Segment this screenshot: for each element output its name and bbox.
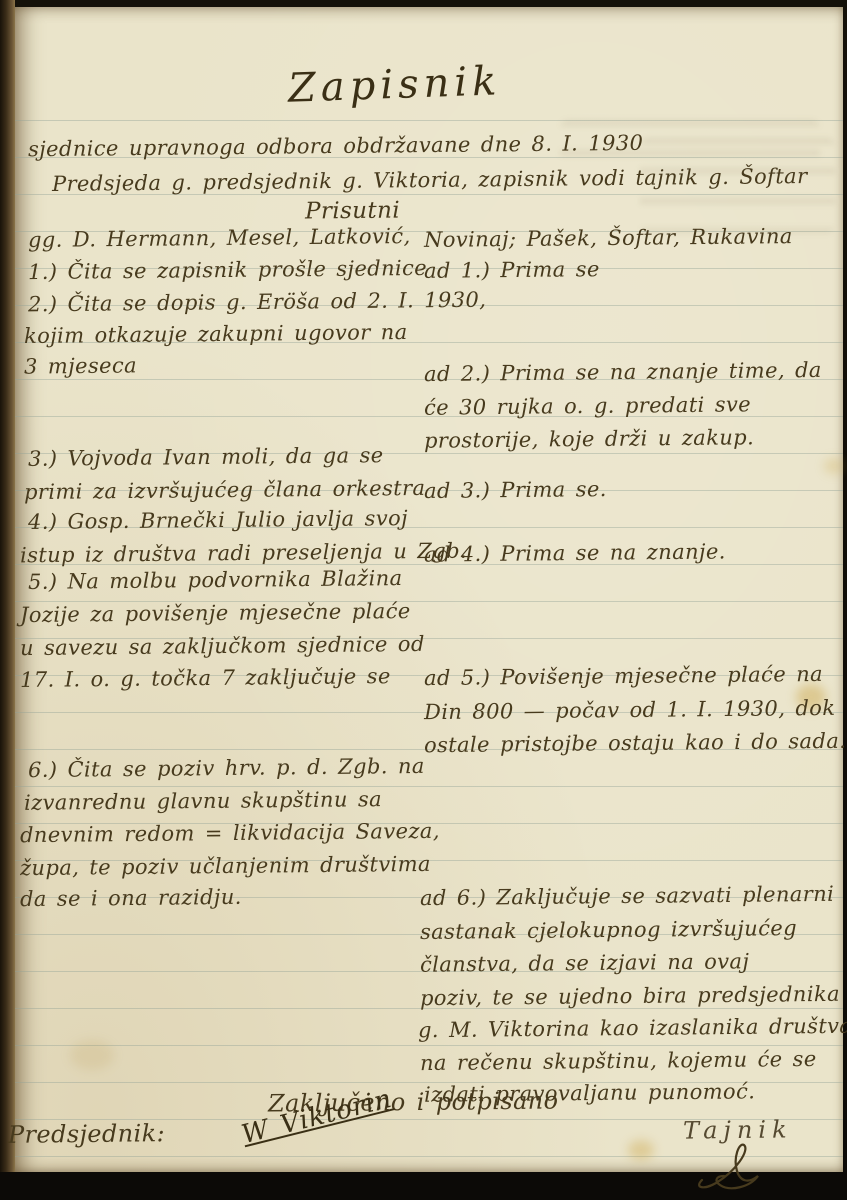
- item-6-left-line: župa, te poziv učlanjenim društvima: [20, 852, 431, 880]
- secretary-signature-flourish-icon: [692, 1140, 792, 1192]
- manuscript-page: Zapisnik sjednice upravnoga odbora obdrž…: [0, 0, 847, 1200]
- item-5-resolution: ostale pristojbe ostaju kao i do sada.: [424, 729, 846, 757]
- president-label: Predsjednik:: [8, 1119, 165, 1149]
- item-6-resolution: sastanak cjelokupnog izvršujućeg: [420, 916, 797, 944]
- item-4-left-line: istup iz društva radi preseljenja u Zgb.: [20, 539, 467, 568]
- item-3-left-line: primi za izvršujućeg člana orkestra: [24, 476, 426, 504]
- item-2-resolution: ad 2.) Prima se na znanje time, da: [424, 358, 822, 386]
- item-6-resolution: ad 6.) Zaključuje se sazvati plenarni: [420, 882, 834, 910]
- item-6-left-line: dnevnim redom = likvidacija Saveza,: [20, 819, 440, 847]
- item-6-resolution: poziv, te se ujedno bira predsjednika: [420, 982, 840, 1010]
- item-5-resolution: Din 800 — počav od 1. I. 1930, dok: [424, 696, 836, 724]
- item-3-resolution: ad 3.) Prima se.: [424, 477, 607, 503]
- item-2-left-line: kojim otkazuje zakupni ugovor na: [24, 320, 408, 348]
- present-names-left: gg. D. Hermann, Mesel, Latković,: [28, 224, 411, 252]
- item-2-resolution: prostorije, koje drži u zakup.: [424, 425, 754, 452]
- item-6-resolution: g. M. Viktorina kao izaslanika društva: [418, 1014, 847, 1043]
- item-6-resolution: na rečenu skupštinu, kojemu će se: [420, 1047, 817, 1075]
- present-names-right: Novinaj; Pašek, Šoftar, Rukavina: [424, 224, 793, 252]
- item-2-left-line: 2.) Čita se dopis g. Eröša od 2. I. 1930…: [28, 288, 487, 317]
- item-5-left-line: 17. I. o. g. točka 7 zaključuje se: [20, 664, 391, 692]
- item-4-left-line: 4.) Gosp. Brnečki Julio javlja svoj: [28, 506, 408, 534]
- item-6-left-line: da se i ona razidju.: [20, 885, 242, 911]
- item-6-left-line: izvanrednu glavnu skupštinu sa: [24, 787, 382, 815]
- page-title: Zapisnik: [287, 58, 502, 111]
- item-6-resolution: članstva, da se izjavi na ovaj: [420, 949, 750, 976]
- item-1-left-line: 1.) Čita se zapisnik prošle sjednice: [28, 256, 427, 284]
- item-3-left-line: 3.) Vojvoda Ivan moli, da ga se: [28, 443, 384, 471]
- item-5-left-line: Jozije za povišenje mjesečne plaće: [20, 599, 411, 627]
- item-2-left-line: 3 mjeseca: [24, 353, 137, 378]
- item-5-left-line: u savezu sa zaključkom sjednice od: [20, 632, 425, 660]
- item-2-resolution: će 30 rujka o. g. predati sve: [424, 392, 751, 419]
- item-5-left-line: 5.) Na molbu podvornika Blažina: [28, 566, 403, 594]
- item-6-left-line: 6.) Čita se poziv hrv. p. d. Zgb. na: [28, 754, 425, 782]
- item-1-resolution: ad 1.) Prima se: [424, 257, 600, 283]
- item-4-resolution: ad 4.) Prima se na znanje.: [424, 539, 726, 566]
- item-5-resolution: ad 5.) Povišenje mjesečne plaće na: [424, 662, 823, 690]
- book-binding-edge: [0, 0, 15, 1172]
- present-heading: Prisutni: [305, 198, 400, 225]
